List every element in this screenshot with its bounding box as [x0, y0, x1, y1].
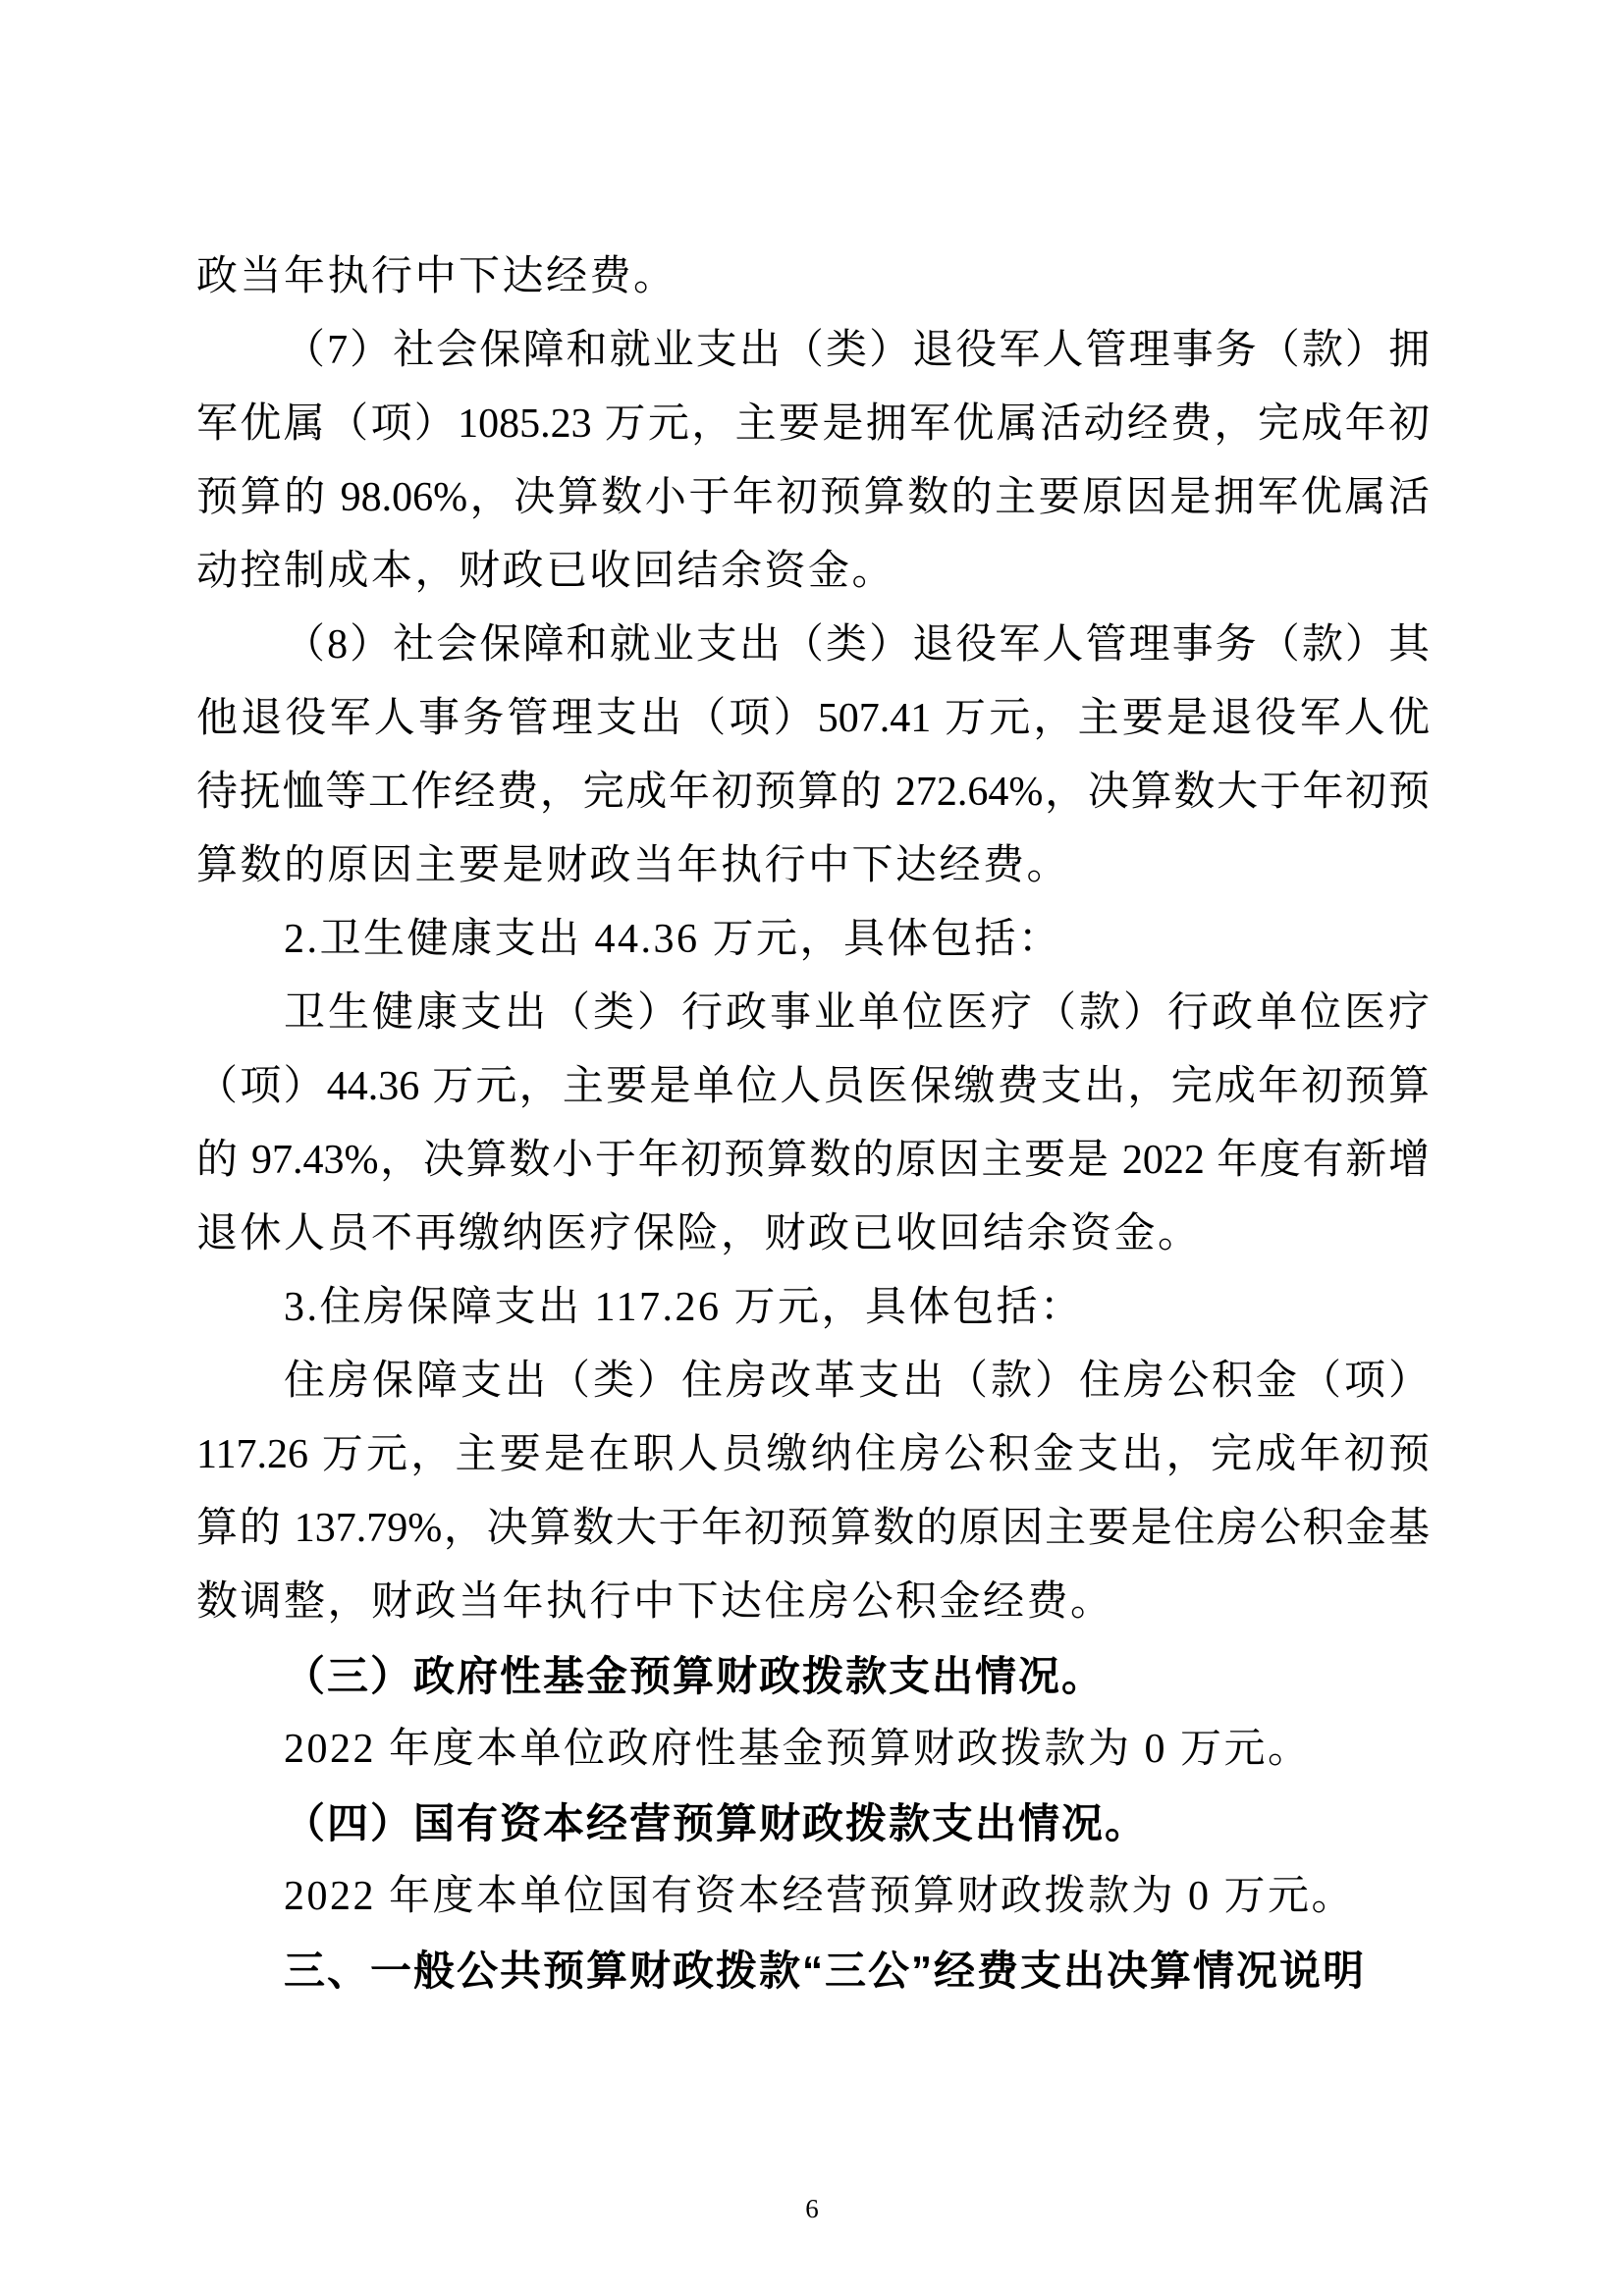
text-line: 住房保障支出（类）住房改革支出（款）住房公积金（项）: [196, 1345, 1430, 1418]
page-number: 6: [0, 2192, 1624, 2225]
text-line: 预算的 98.06%，决算数小于年初预算数的主要原因是拥军优属活: [196, 461, 1430, 535]
text-line: 2022 年度本单位国有资本经营预算财政拨款为 0 万元。: [196, 1860, 1430, 1934]
text-line: 政当年执行中下达经费。: [196, 240, 1430, 314]
text-line: （三）政府性基金预算财政拨款支出情况。: [196, 1639, 1430, 1713]
text-line: 数调整，财政当年执行中下达住房公积金经费。: [196, 1566, 1430, 1639]
document-page: 政当年执行中下达经费。（7）社会保障和就业支出（类）退役军人管理事务（款）拥军优…: [0, 0, 1624, 2296]
text-line: 3.住房保障支出 117.26 万元，具体包括：: [196, 1271, 1430, 1345]
text-line: 三、一般公共预算财政拨款“三公”经费支出决算情况说明: [196, 1934, 1430, 2007]
text-line: 动控制成本，财政已收回结余资金。: [196, 535, 1430, 609]
text-line: 待抚恤等工作经费，完成年初预算的 272.64%，决算数大于年初预: [196, 756, 1430, 829]
text-line: 卫生健康支出（类）行政事业单位医疗（款）行政单位医疗: [196, 977, 1430, 1050]
document-text-block: 政当年执行中下达经费。（7）社会保障和就业支出（类）退役军人管理事务（款）拥军优…: [196, 240, 1430, 2007]
text-line: 2.卫生健康支出 44.36 万元，具体包括：: [196, 903, 1430, 977]
text-line: 2022 年度本单位政府性基金预算财政拨款为 0 万元。: [196, 1713, 1430, 1787]
text-line: （四）国有资本经营预算财政拨款支出情况。: [196, 1787, 1430, 1860]
text-line: （7）社会保障和就业支出（类）退役军人管理事务（款）拥: [196, 314, 1430, 388]
text-line: 军优属（项）1085.23 万元，主要是拥军优属活动经费，完成年初: [196, 388, 1430, 461]
text-line: 他退役军人事务管理支出（项）507.41 万元，主要是退役军人优: [196, 682, 1430, 756]
text-line: （8）社会保障和就业支出（类）退役军人管理事务（款）其: [196, 609, 1430, 682]
text-line: 算数的原因主要是财政当年执行中下达经费。: [196, 829, 1430, 903]
text-line: 的 97.43%，决算数小于年初预算数的原因主要是 2022 年度有新增: [196, 1124, 1430, 1198]
text-line: 退休人员不再缴纳医疗保险，财政已收回结余资金。: [196, 1198, 1430, 1271]
text-line: 117.26 万元，主要是在职人员缴纳住房公积金支出，完成年初预: [196, 1418, 1430, 1492]
text-line: 算的 137.79%，决算数大于年初预算数的原因主要是住房公积金基: [196, 1492, 1430, 1566]
text-line: （项）44.36 万元，主要是单位人员医保缴费支出，完成年初预算: [196, 1050, 1430, 1124]
